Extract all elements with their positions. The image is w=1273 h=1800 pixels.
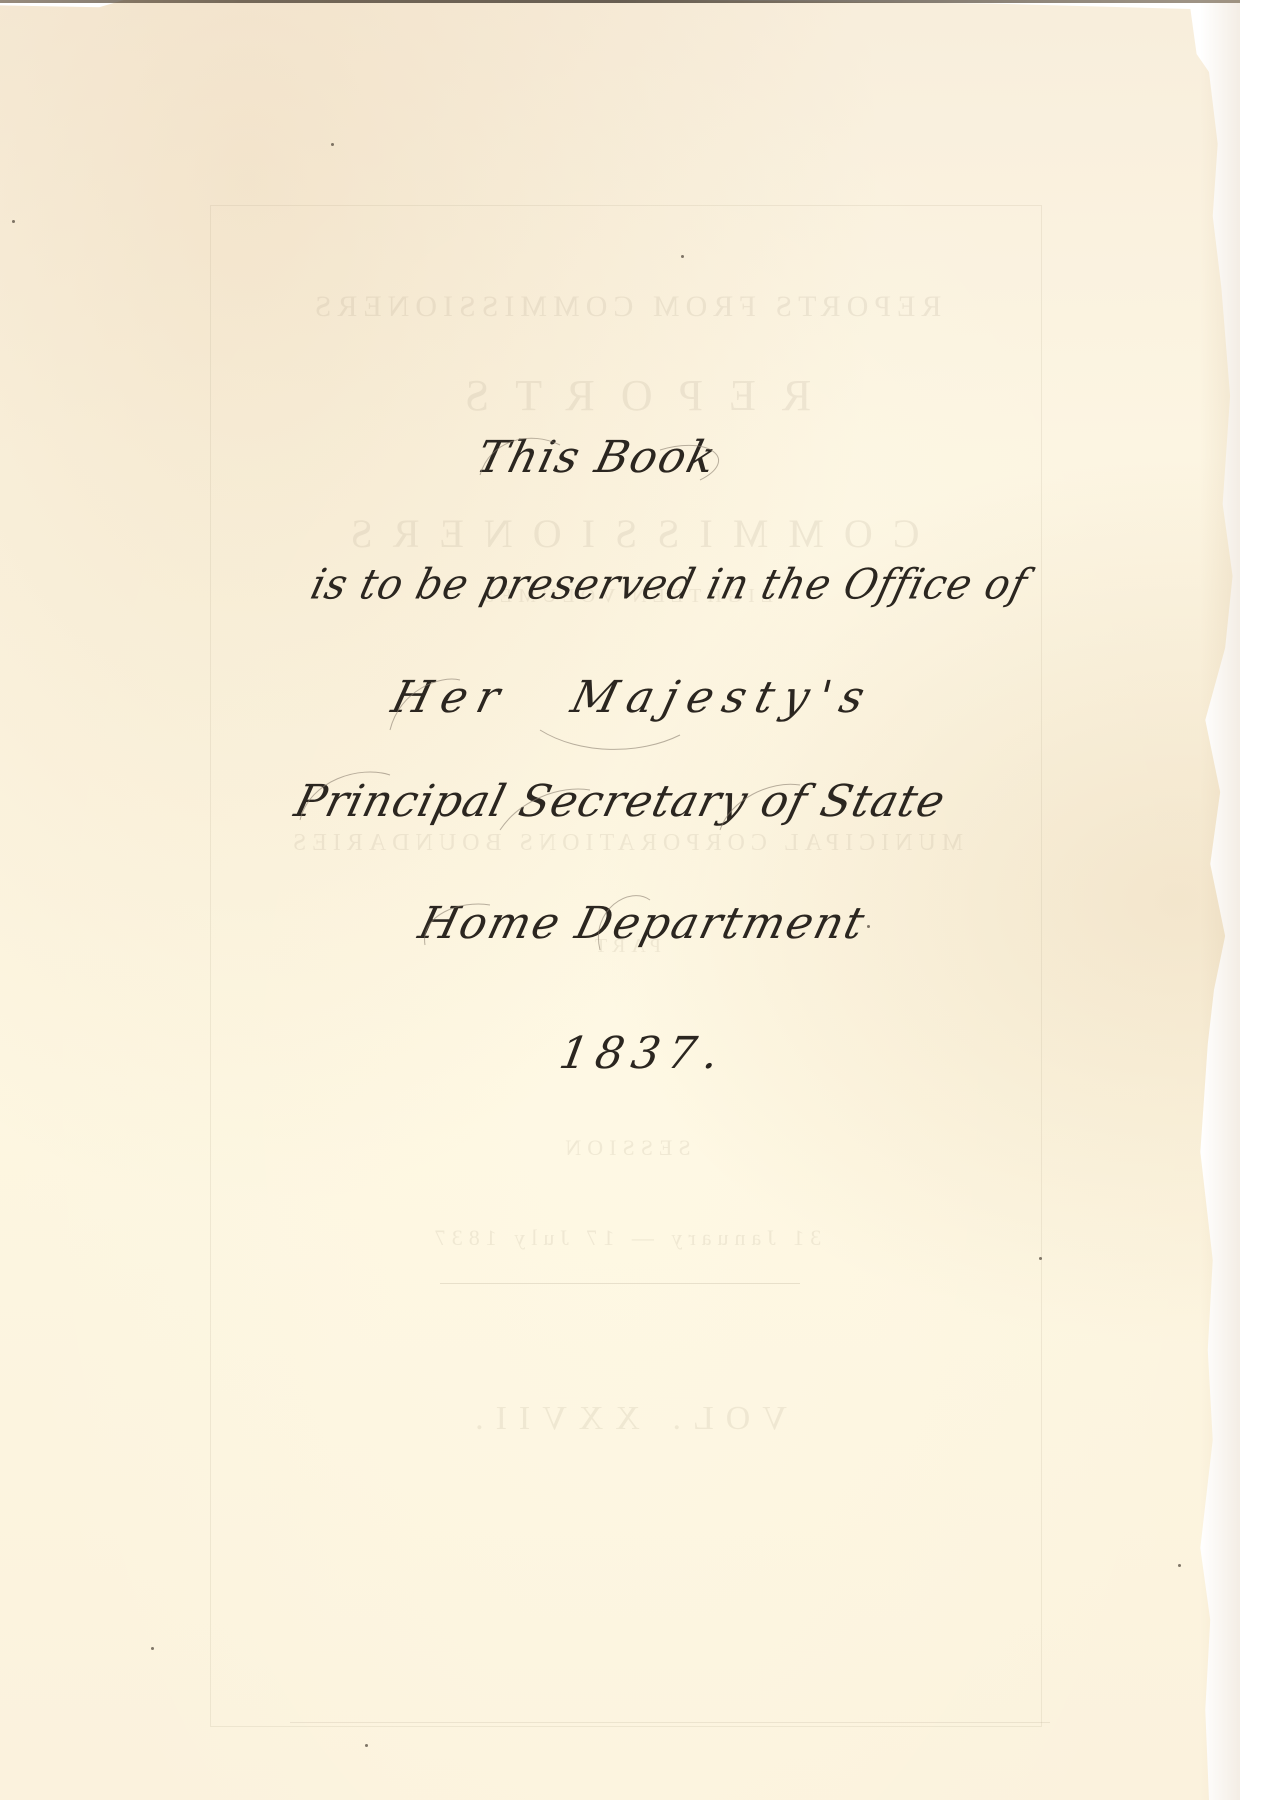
- ink-speck: [1178, 1564, 1181, 1567]
- inscription-line-home-department: Home Department: [414, 898, 872, 949]
- inscription-line-principal-secretary: Principal Secretary of State: [290, 776, 951, 827]
- handwritten-inscription: This Book is to be preserved in the Offi…: [0, 0, 1273, 1800]
- ink-speck: [331, 143, 334, 146]
- ink-speck: [12, 220, 15, 223]
- ink-speck: [681, 255, 684, 258]
- ink-speck: [1039, 1257, 1042, 1260]
- inscription-line-this-book: This Book: [472, 432, 723, 483]
- ink-speck: [365, 1744, 368, 1747]
- inscription-line-her-majestys: Her Majesty's: [387, 672, 880, 723]
- ink-speck: [151, 1647, 154, 1650]
- inscription-line-year: 1837.: [556, 1028, 731, 1079]
- inscription-line-preserved: is to be preserved in the Office of: [306, 561, 1033, 609]
- ink-speck: [867, 925, 870, 928]
- scanned-page: REPORTS FROM COMMISSIONERS REPORTS COMMI…: [0, 0, 1273, 1800]
